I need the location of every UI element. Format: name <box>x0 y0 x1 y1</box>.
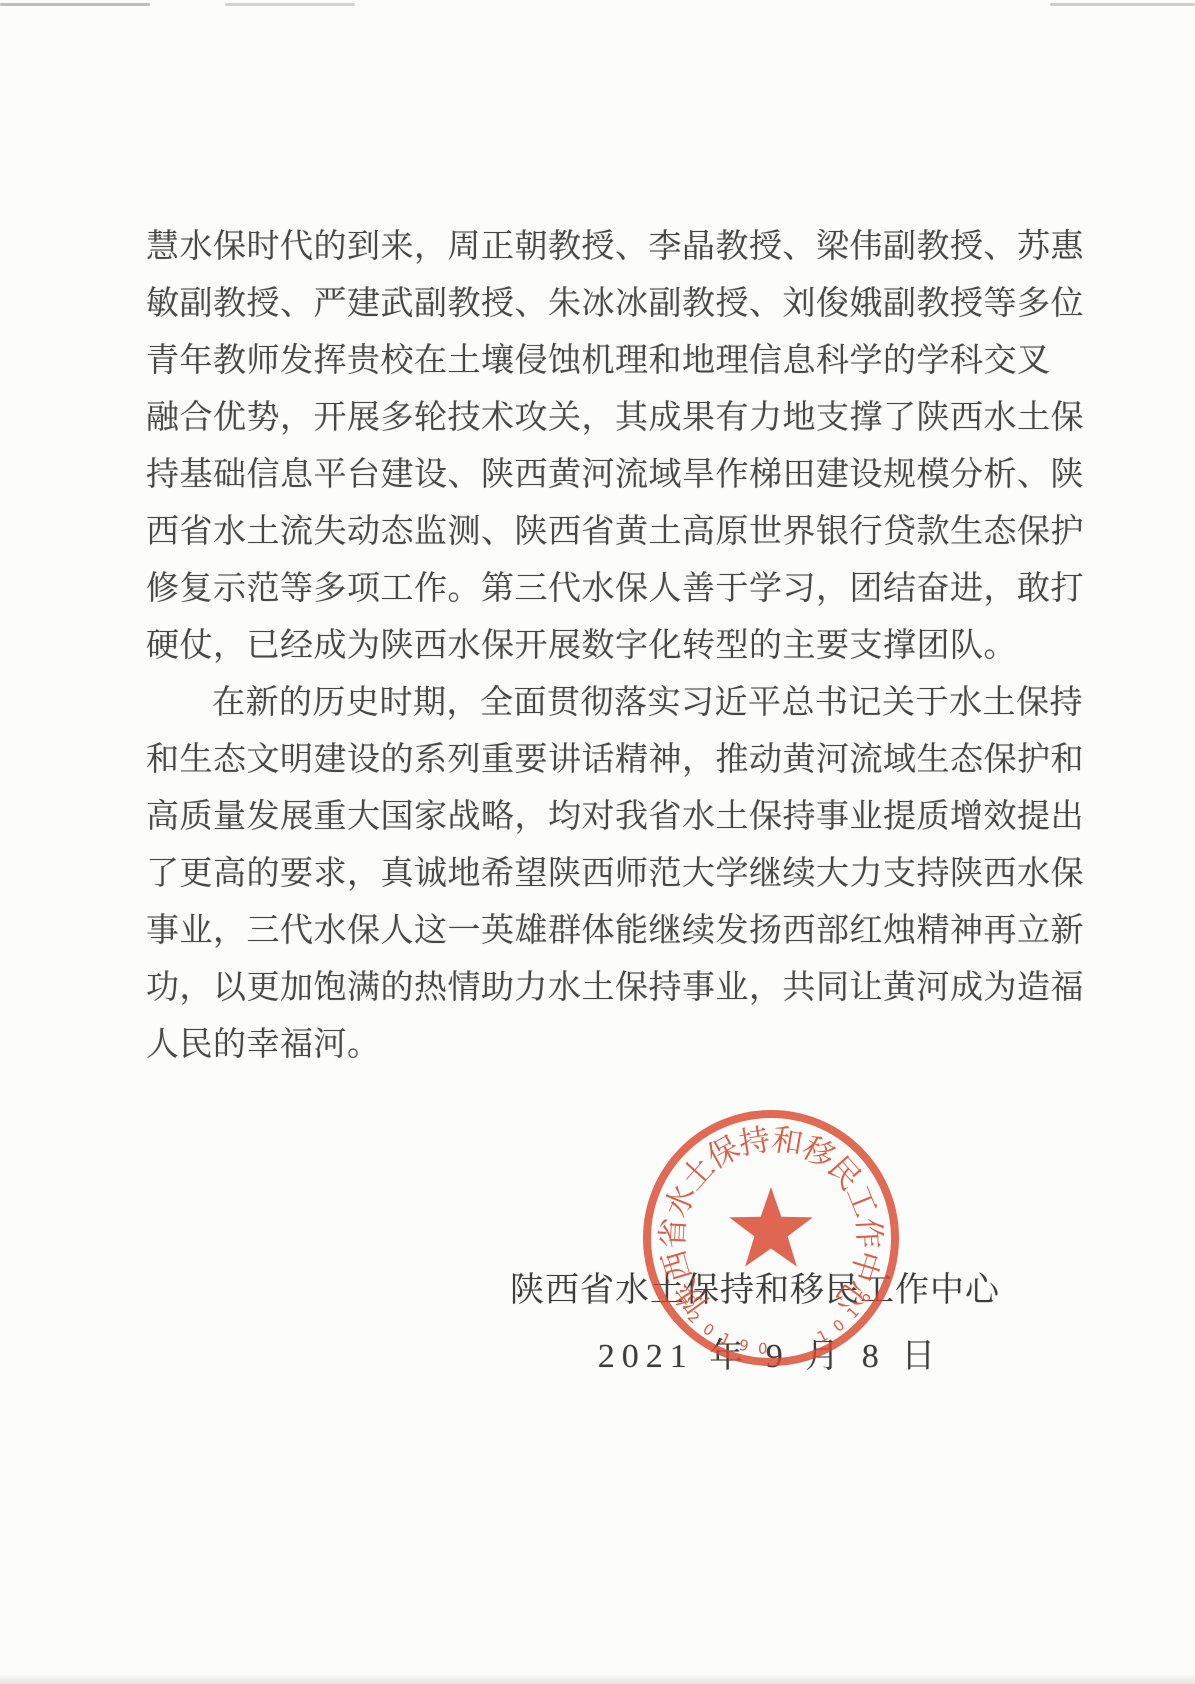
body-line: 了更高的要求，真诚地希望陕西师范大学继续大力支持陕西水保 <box>146 846 1050 903</box>
body-line: 和生态文明建设的系列重要讲话精神，推动黄河流域生态保护和 <box>146 732 1050 789</box>
scan-artifact-line <box>0 3 150 6</box>
seal-arc-char: 工 <box>840 1180 884 1222</box>
body-line: 事业，三代水保人这一英雄群体能继续发扬西部红烛精神再立新 <box>146 903 1050 960</box>
body-line: 在新的历史时期，全面贯彻落实习近平总书记关于水土保持 <box>146 675 1050 732</box>
seal-arc-char: 作 <box>851 1217 887 1250</box>
letter-body: 慧水保时代的到来，周正朝教授、李晶教授、梁伟副教授、苏惠 敏副教授、严建武副教授… <box>146 219 1050 1074</box>
scan-artifact-line <box>1050 3 1195 6</box>
seal-border-circle <box>647 1114 895 1362</box>
seal-arc-char: 持 <box>736 1122 772 1162</box>
body-line: 融合优势，开展多轮技术攻关，其成果有力地支撑了陕西水土保 <box>146 390 1050 447</box>
body-line: 慧水保时代的到来，周正朝教授、李晶教授、梁伟副教授、苏惠 <box>146 219 1050 276</box>
scan-artifact-line <box>225 3 355 6</box>
seal-arc-char: 土 <box>674 1150 721 1196</box>
seal-arc-char: 省 <box>655 1217 691 1250</box>
body-line: 青年教师发挥贵校在土壤侵蚀机理和地理信息科学的学科交叉 <box>146 333 1050 390</box>
seal-star-icon <box>729 1187 813 1267</box>
seal-arc-char: 民 <box>821 1150 868 1196</box>
body-line: 西省水土流失动态监测、陕西省黄土高原世界银行贷款生态保护 <box>146 504 1050 561</box>
body-line: 持基础信息平台建设、陕西黄河流域旱作梯田建设规模分析、陕 <box>146 447 1050 504</box>
seal-arc-char: 和 <box>769 1122 805 1162</box>
seal-arc-char: 移 <box>797 1130 841 1176</box>
body-line: 硬仗，已经成为陕西水保开展数字化转型的主要支撑团队。 <box>146 618 1050 675</box>
signature-organization: 陕西省水土保持和移民工作中心 <box>480 1262 1030 1311</box>
body-line: 功，以更加饱满的热情助力水土保持事业，共同让黄河成为造福 <box>146 960 1050 1017</box>
letter-page: 慧水保时代的到来，周正朝教授、李晶教授、梁伟副教授、苏惠 敏副教授、严建武副教授… <box>0 0 1195 1684</box>
seal-arc-char: 水 <box>658 1180 702 1222</box>
signature-date: 2021 年 9 月 8 日 <box>520 1328 1020 1377</box>
body-line: 人民的幸福河。 <box>146 1017 1050 1074</box>
body-line: 修复示范等多项工作。第三代水保人善于学习，团结奋进，敢打 <box>146 561 1050 618</box>
body-line: 敏副教授、严建武副教授、朱冰冰副教授、刘俊娥副教授等多位 <box>146 276 1050 333</box>
seal-arc-char: 保 <box>701 1130 745 1176</box>
body-line: 高质量发展重大国家战略，均对我省水土保持事业提质增效提出 <box>146 789 1050 846</box>
scan-bottom-shadow <box>0 1674 1195 1684</box>
